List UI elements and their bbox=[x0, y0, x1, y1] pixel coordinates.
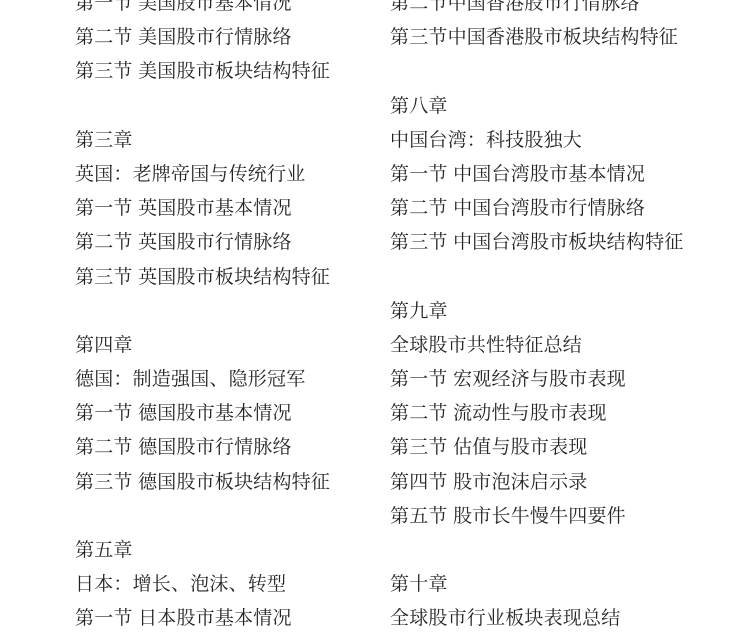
toc-section-entry: 第二节 德国股市行情脉络 bbox=[75, 431, 330, 465]
toc-section-entry: 第一节 中国台湾股市基本情况 bbox=[390, 158, 683, 192]
toc-blank-line bbox=[390, 55, 683, 89]
toc-section-entry: 第三节 德国股市板块结构特征 bbox=[75, 466, 330, 500]
toc-chapter-number: 第九章 bbox=[390, 295, 683, 329]
toc-section-entry: 第一节 宏观经济与股市表现 bbox=[390, 363, 683, 397]
toc-chapter-number: 第五章 bbox=[75, 534, 330, 568]
toc-section-entry: 第一节 日本股市基本情况 bbox=[75, 602, 330, 636]
toc-section-entry: 第一节 英国股市基本情况 bbox=[75, 192, 330, 226]
toc-section-entry: 第二节中国香港股市行情脉络 bbox=[390, 0, 683, 21]
toc-blank-line bbox=[390, 534, 683, 568]
toc-section-entry: 第五节 股市长牛慢牛四要件 bbox=[390, 500, 683, 534]
toc-chapter-number: 第十章 bbox=[390, 568, 683, 602]
toc-section-entry: 第二节 流动性与股市表现 bbox=[390, 397, 683, 431]
toc-blank-line bbox=[75, 500, 330, 534]
toc-chapter-title: 全球股市行业板块表现总结 bbox=[390, 602, 683, 636]
toc-chapter-number: 第四章 bbox=[75, 329, 330, 363]
toc-blank-line bbox=[75, 90, 330, 124]
toc-column-right: 第二节中国香港股市行情脉络第三节中国香港股市板块结构特征第八章中国台湾：科技股独… bbox=[390, 0, 683, 637]
toc-section-entry: 第二节 英国股市行情脉络 bbox=[75, 226, 330, 260]
toc-chapter-title: 德国：制造强国、隐形冠军 bbox=[75, 363, 330, 397]
toc-chapter-title: 日本：增长、泡沫、转型 bbox=[75, 568, 330, 602]
toc-section-entry: 第一节 美国股市基本情况 bbox=[75, 0, 330, 21]
toc-section-entry: 第二节 中国台湾股市行情脉络 bbox=[390, 192, 683, 226]
toc-blank-line bbox=[75, 295, 330, 329]
toc-chapter-title: 中国台湾：科技股独大 bbox=[390, 124, 683, 158]
toc-section-entry: 第三节 中国台湾股市板块结构特征 bbox=[390, 226, 683, 260]
toc-section-entry: 第四节 股市泡沫启示录 bbox=[390, 466, 683, 500]
toc-column-left: 第一节 美国股市基本情况第二节 美国股市行情脉络第三节 美国股市板块结构特征第三… bbox=[75, 0, 330, 637]
toc-section-entry: 第三节中国香港股市板块结构特征 bbox=[390, 21, 683, 55]
toc-section-entry: 第二节 美国股市行情脉络 bbox=[75, 21, 330, 55]
toc-section-entry: 第一节 德国股市基本情况 bbox=[75, 397, 330, 431]
toc-chapter-title: 英国：老牌帝国与传统行业 bbox=[75, 158, 330, 192]
toc-section-entry: 第三节 英国股市板块结构特征 bbox=[75, 261, 330, 295]
toc-page: 第一节 美国股市基本情况第二节 美国股市行情脉络第三节 美国股市板块结构特征第三… bbox=[0, 0, 750, 644]
toc-chapter-number: 第三章 bbox=[75, 124, 330, 158]
toc-chapter-title: 全球股市共性特征总结 bbox=[390, 329, 683, 363]
toc-blank-line bbox=[390, 261, 683, 295]
toc-chapter-number: 第八章 bbox=[390, 90, 683, 124]
toc-section-entry: 第三节 估值与股市表现 bbox=[390, 431, 683, 465]
toc-section-entry: 第三节 美国股市板块结构特征 bbox=[75, 55, 330, 89]
